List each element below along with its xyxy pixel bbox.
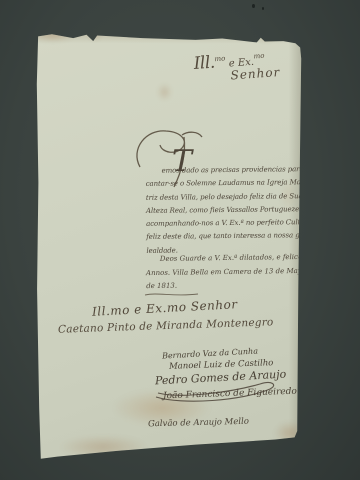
closing-line: Annos. Villa Bella em Camera de 13 de Ma… <box>146 264 304 280</box>
secretary-signature: Galvão de Araujo Mello <box>148 417 249 430</box>
body-line: feliz deste dia, que tanto interessa a n… <box>146 230 304 245</box>
recipient-name: Caetano Pinto de Miranda Montenegro <box>58 316 274 336</box>
edge-browning-top-left <box>32 30 74 42</box>
body-paragraph: emos dado as precisas providencias para … <box>146 163 305 258</box>
background-speck <box>252 4 255 8</box>
address-salutation: Ill.mo e Ex.mo Senhor <box>92 297 238 319</box>
closing-block: Deos Guarde a V. Ex.ª dilatados, e felic… <box>146 251 305 294</box>
stain-bottom-edge <box>58 435 148 459</box>
background-speck <box>262 7 264 10</box>
photo-backdrop: Ill.mo e Ex.mo Senhor T emos dado as pre… <box>0 0 360 480</box>
top-salutation: Ill.mo e Ex.mo Senhor <box>193 48 281 85</box>
top-salutation-line2: Senhor <box>230 65 281 82</box>
edge-browning-notch <box>88 31 102 40</box>
edge-browning-top-right <box>258 35 274 42</box>
stain-below-header <box>157 83 172 101</box>
manuscript-paper: Ill.mo e Ex.mo Senhor T emos dado as pre… <box>36 33 302 460</box>
signature-flourish <box>152 379 282 405</box>
date-underline-flourish <box>144 291 200 299</box>
body-line: cantar-se o Solemne Laudamus na Igreja M… <box>146 176 304 191</box>
stain-corner-bottom-right <box>274 421 306 445</box>
